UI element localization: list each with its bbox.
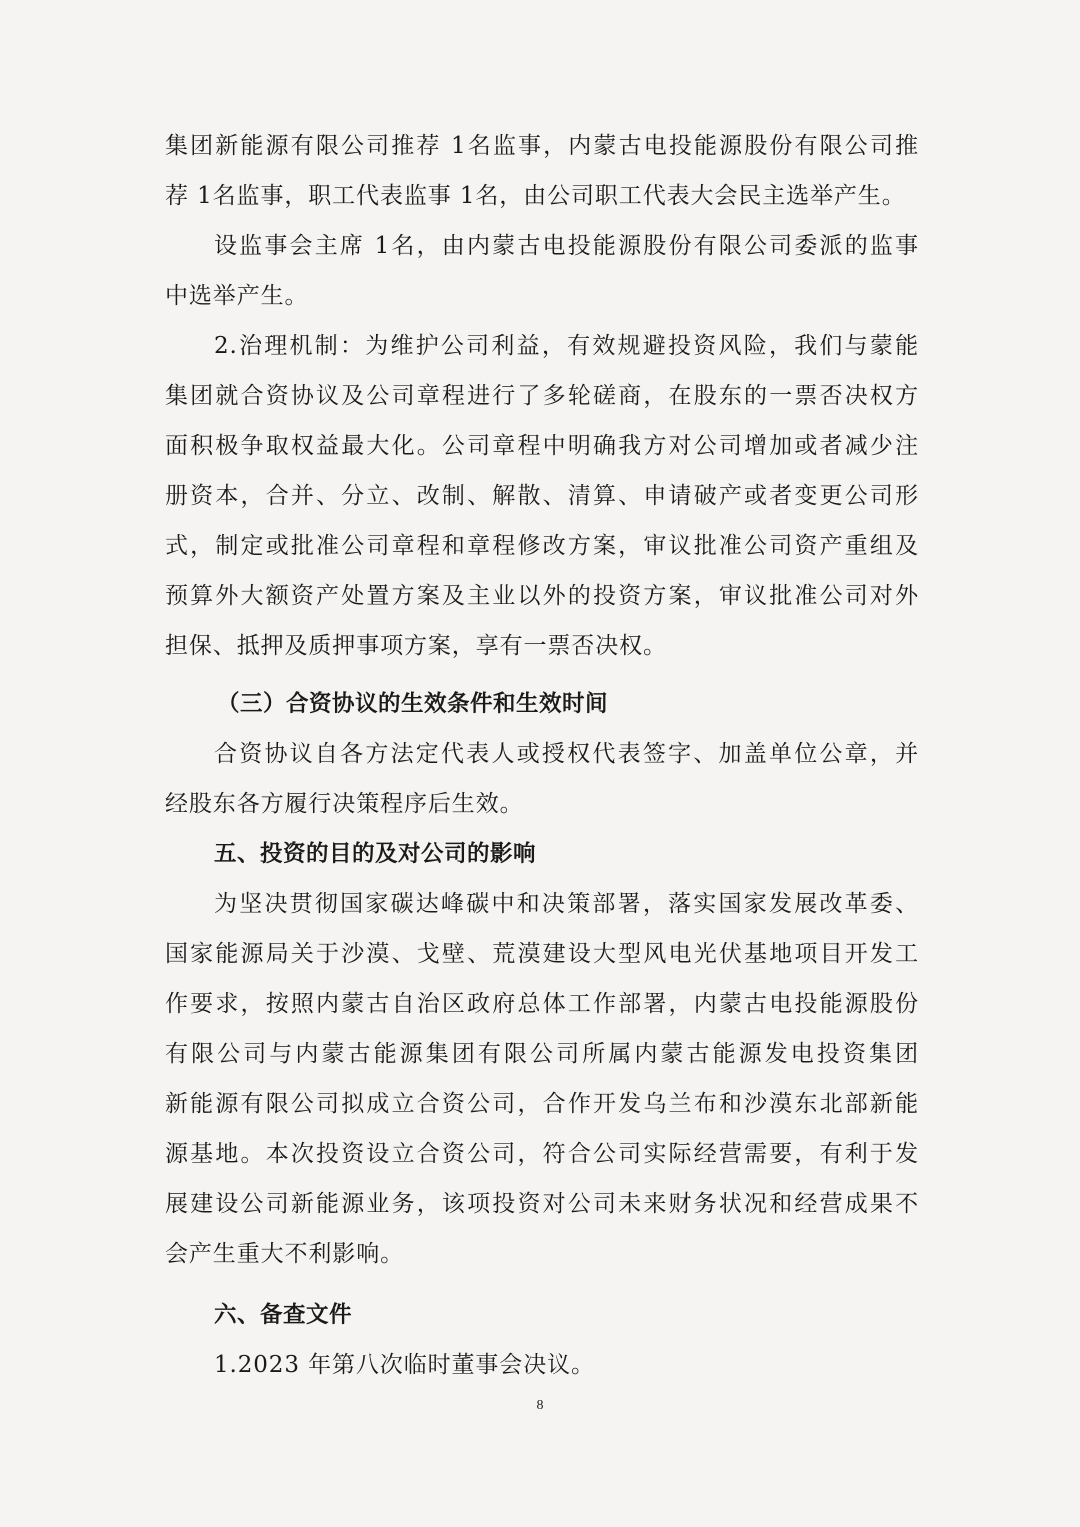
text-line: 展建设公司新能源业务，该项投资对公司未来财务状况和经营成果不 <box>165 1179 919 1229</box>
paragraph-governance-mechanism: 2.治理机制：为维护公司利益，有效规避投资风险，我们与蒙能 集团就合资协议及公司… <box>165 321 919 671</box>
text-line: 荐 1名监事，职工代表监事 1名，由公司职工代表大会民主选举产生。 <box>165 171 919 221</box>
document-page: 集团新能源有限公司推荐 1名监事，内蒙古电投能源股份有限公司推 荐 1名监事，职… <box>165 121 919 1390</box>
paragraph-supervisors: 集团新能源有限公司推荐 1名监事，内蒙古电投能源股份有限公司推 荐 1名监事，职… <box>165 121 919 221</box>
text-line: 预算外大额资产处置方案及主业以外的投资方案，审议批准公司对外 <box>165 571 919 621</box>
text-line: 设监事会主席 1名，由内蒙古电投能源股份有限公司委派的监事 <box>165 221 919 271</box>
text-line: 新能源有限公司拟成立合资公司，合作开发乌兰布和沙漠东北部新能 <box>165 1079 919 1129</box>
text-line: 册资本，合并、分立、改制、解散、清算、申请破产或者变更公司形 <box>165 471 919 521</box>
text-line: 经股东各方履行决策程序后生效。 <box>165 779 919 829</box>
paragraph-investment-purpose: 为坚决贯彻国家碳达峰碳中和决策部署，落实国家发展改革委、 国家能源局关于沙漠、戈… <box>165 879 919 1279</box>
text-line: 合资协议自各方法定代表人或授权代表签字、加盖单位公章，并 <box>165 729 919 779</box>
text-line: 担保、抵押及质押事项方案，享有一票否决权。 <box>165 621 919 671</box>
text-line: 国家能源局关于沙漠、戈壁、荒漠建设大型风电光伏基地项目开发工 <box>165 929 919 979</box>
text-line: 会产生重大不利影响。 <box>165 1229 919 1279</box>
paragraph-supervisory-chair: 设监事会主席 1名，由内蒙古电投能源股份有限公司委派的监事 中选举产生。 <box>165 221 919 321</box>
text-line: 集团就合资协议及公司章程进行了多轮磋商，在股东的一票否决权方 <box>165 371 919 421</box>
text-line: 中选举产生。 <box>165 271 919 321</box>
text-line: 面积极争取权益最大化。公司章程中明确我方对公司增加或者减少注 <box>165 421 919 471</box>
text-line: 1.2023 年第八次临时董事会决议。 <box>165 1340 919 1390</box>
section-heading-reference-documents: 六、备查文件 <box>165 1290 919 1340</box>
paragraph-reference-documents: 1.2023 年第八次临时董事会决议。 <box>165 1340 919 1390</box>
text-line: 有限公司与内蒙古能源集团有限公司所属内蒙古能源发电投资集团 <box>165 1029 919 1079</box>
text-line: 2.治理机制：为维护公司利益，有效规避投资风险，我们与蒙能 <box>165 321 919 371</box>
text-line: 源基地。本次投资设立合资公司，符合公司实际经营需要，有利于发 <box>165 1129 919 1179</box>
spacer <box>165 1279 919 1290</box>
section-heading-effective-conditions: （三）合资协议的生效条件和生效时间 <box>165 679 919 729</box>
section-heading-investment-purpose: 五、投资的目的及对公司的影响 <box>165 829 919 879</box>
text-line: 式，制定或批准公司章程和章程修改方案，审议批准公司资产重组及 <box>165 521 919 571</box>
page-number: 8 <box>0 1398 1080 1414</box>
paragraph-effective-conditions: 合资协议自各方法定代表人或授权代表签字、加盖单位公章，并 经股东各方履行决策程序… <box>165 729 919 829</box>
text-line: 集团新能源有限公司推荐 1名监事，内蒙古电投能源股份有限公司推 <box>165 121 919 171</box>
text-line: 作要求，按照内蒙古自治区政府总体工作部署，内蒙古电投能源股份 <box>165 979 919 1029</box>
spacer <box>165 671 919 679</box>
text-line: 为坚决贯彻国家碳达峰碳中和决策部署，落实国家发展改革委、 <box>165 879 919 929</box>
